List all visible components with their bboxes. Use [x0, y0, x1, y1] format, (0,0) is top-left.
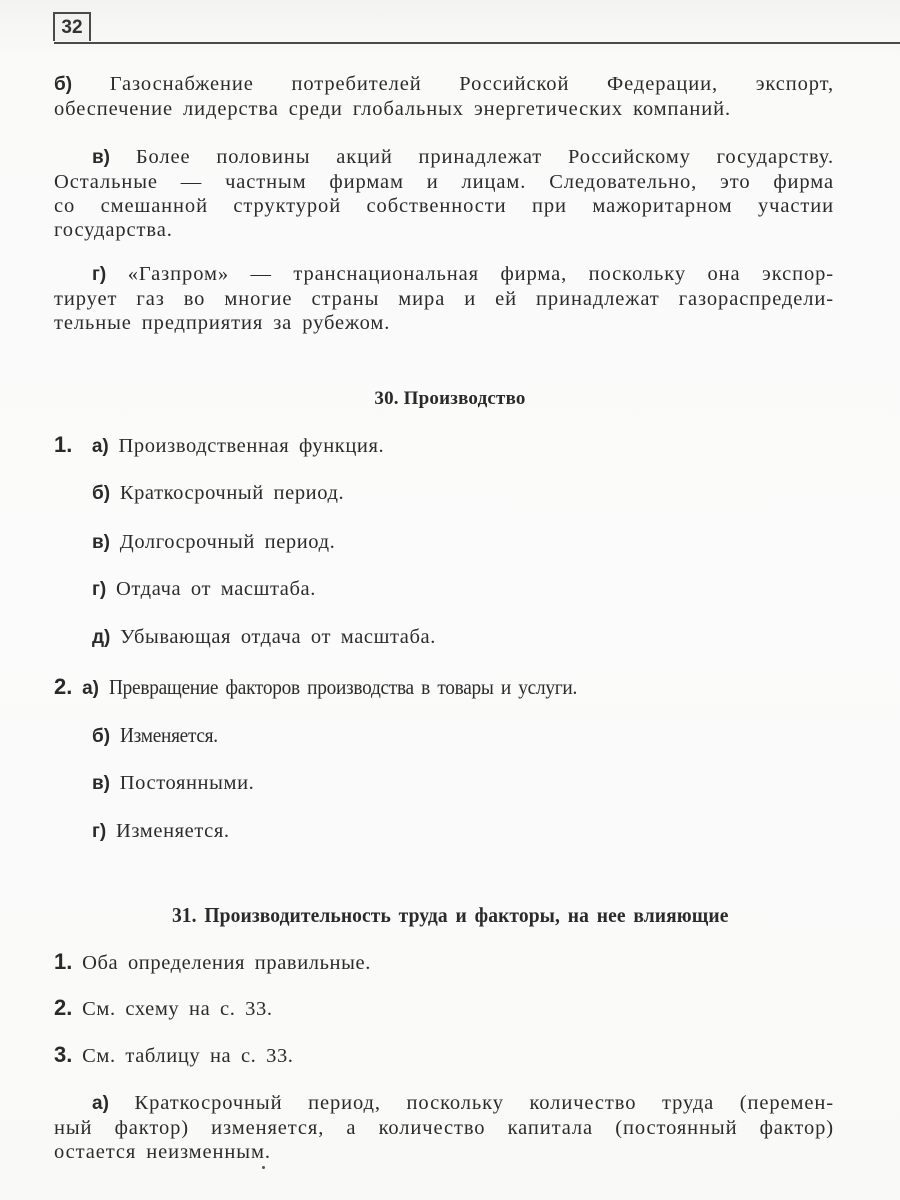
section-31-title: 31. Производительность труда и факторы, … [0, 903, 900, 928]
item-label: б) [92, 726, 110, 747]
print-speck [262, 1166, 265, 1169]
q1-item-d: д) Убывающая отдача от масштаба. [92, 625, 436, 650]
item-text: См. таблицу на с. 33. [82, 1045, 293, 1067]
text-line: Остальные — частным фирмам и лицам. След… [54, 170, 834, 194]
item-text: См. схему на с. 33. [82, 998, 272, 1020]
q2-item-v: в) Постоянными. [92, 771, 254, 796]
item-text: Убывающая отдача от масштаба. [120, 626, 436, 648]
question-number: 1. [54, 949, 72, 974]
question-number: 1. [54, 432, 72, 457]
s31-answer-3: 3. См. таблицу на с. 33. [54, 1043, 294, 1068]
s31-answer-1: 1. Оба определения правильные. [54, 950, 371, 975]
question-number: 2. [54, 995, 72, 1020]
item-label: г) [92, 264, 106, 285]
item-label: а) [92, 1093, 109, 1114]
item-label: б) [92, 483, 110, 504]
text-line: в) Более половины акций принадлежат Росс… [54, 145, 834, 170]
q1-item-v: в) Долгосрочный период. [92, 530, 335, 555]
s31-answer-2: 2. См. схему на с. 33. [54, 996, 273, 1021]
item-text: Отдача от масштаба. [116, 578, 316, 600]
answer-v-paragraph: в) Более половины акций принадлежат Росс… [54, 145, 834, 242]
item-label: г) [92, 821, 106, 842]
text-line: обеспечение лидерства среди глобальных э… [54, 97, 834, 121]
q1-item-a: 1. а) Производственная функция. [54, 433, 384, 459]
text-line: остается неизменным. [54, 1140, 834, 1164]
q2-item-b: б) Изменяется. [92, 723, 226, 749]
item-label: в) [92, 147, 110, 168]
answer-b-paragraph: б) Газоснабжение потребителей Российской… [54, 72, 834, 121]
text-line: тельные предприятия за рубежом. [54, 311, 834, 335]
answer-g-paragraph: г) «Газпром» — транснациональная фирма, … [54, 262, 834, 335]
text-line: ный фактор) изменяется, а количество кап… [54, 1116, 834, 1140]
text-line: тирует газ во многие страны мира и ей пр… [54, 287, 834, 311]
item-label: в) [92, 773, 110, 794]
item-text: Изменяется. [120, 723, 218, 747]
text-line: б) Газоснабжение потребителей Российской… [54, 72, 834, 97]
text-line: г) «Газпром» — транснациональная фирма, … [54, 262, 834, 287]
s31-q3-a-paragraph: а) Краткосрочный период, поскольку колич… [54, 1091, 834, 1164]
text-line: со смешанной структурой собственности пр… [54, 194, 834, 218]
q2-item-g: г) Изменяется. [92, 819, 230, 844]
item-label: в) [92, 532, 110, 553]
item-label: б) [54, 74, 72, 95]
item-text: Краткосрочный период. [120, 482, 344, 504]
item-text: Изменяется. [116, 820, 230, 842]
q1-item-b: б) Краткосрочный период. [92, 481, 344, 506]
page-number: 32 [53, 12, 91, 41]
q2-item-a: 2. а) Превращение факторов производства … [54, 675, 617, 701]
item-text: Производственная функция. [118, 435, 384, 457]
question-number: 3. [54, 1042, 72, 1067]
item-text: Долгосрочный период. [120, 531, 336, 553]
item-text: Превращение факторов производства в това… [109, 675, 577, 699]
text-line: государства. [54, 218, 834, 242]
item-label: д) [92, 627, 110, 648]
text-line: а) Краткосрочный период, поскольку колич… [54, 1091, 834, 1116]
item-label: а) [82, 678, 99, 699]
header-rule [54, 42, 900, 44]
item-label: г) [92, 579, 106, 600]
item-label: а) [92, 436, 109, 457]
q1-item-g: г) Отдача от масштаба. [92, 577, 316, 602]
textbook-page: 32 б) Газоснабжение потребителей Российс… [0, 0, 900, 1200]
section-30-title: 30. Производство [0, 388, 900, 410]
item-text: Оба определения правильные. [82, 952, 371, 974]
item-text: Постоянными. [120, 772, 255, 794]
question-number: 2. [54, 674, 72, 699]
